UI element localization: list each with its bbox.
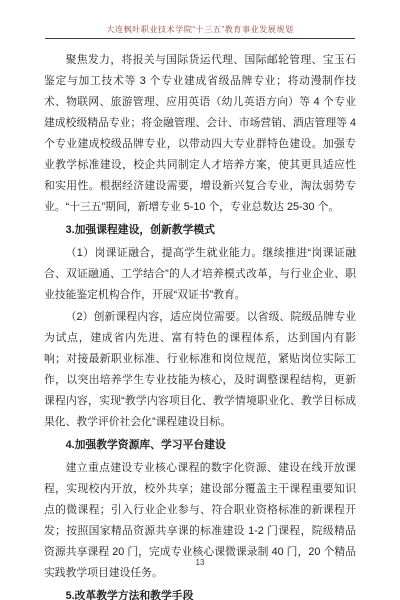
section-heading-5: 5.改革教学方法和教学手段 bbox=[44, 586, 356, 600]
section-heading-4: 4.加强教学资源库、学习平台建设 bbox=[44, 435, 356, 456]
document-page: 大连枫叶职业技术学院“十三五”教育事业发展规划 聚焦发力，将报关与国际货运代理、… bbox=[0, 0, 400, 600]
paragraph-specialty-building: 聚焦发力，将报关与国际货运代理、国际邮轮管理、宝玉石鉴定与加工技术等 3 个专业… bbox=[44, 50, 356, 218]
paragraph-course-content: （2）创新课程内容，适应岗位需要。以省级、院级品牌专业为试点，建成省内先进、富有… bbox=[44, 307, 356, 433]
paragraph-post-course-cert: （1）岗课证融合，提高学生就业能力。继续推进“岗课证融合、双证融通、工学结合”的… bbox=[44, 243, 356, 306]
section-heading-3: 3.加强课程建设，创新教学模式 bbox=[44, 220, 356, 241]
header-rule bbox=[45, 38, 355, 39]
document-body: 聚焦发力，将报关与国际货运代理、国际邮轮管理、宝玉石鉴定与加工技术等 3 个专业… bbox=[44, 50, 356, 600]
page-number: 13 bbox=[0, 558, 400, 567]
page-header-title: 大连枫叶职业技术学院“十三五”教育事业发展规划 bbox=[0, 0, 400, 35]
